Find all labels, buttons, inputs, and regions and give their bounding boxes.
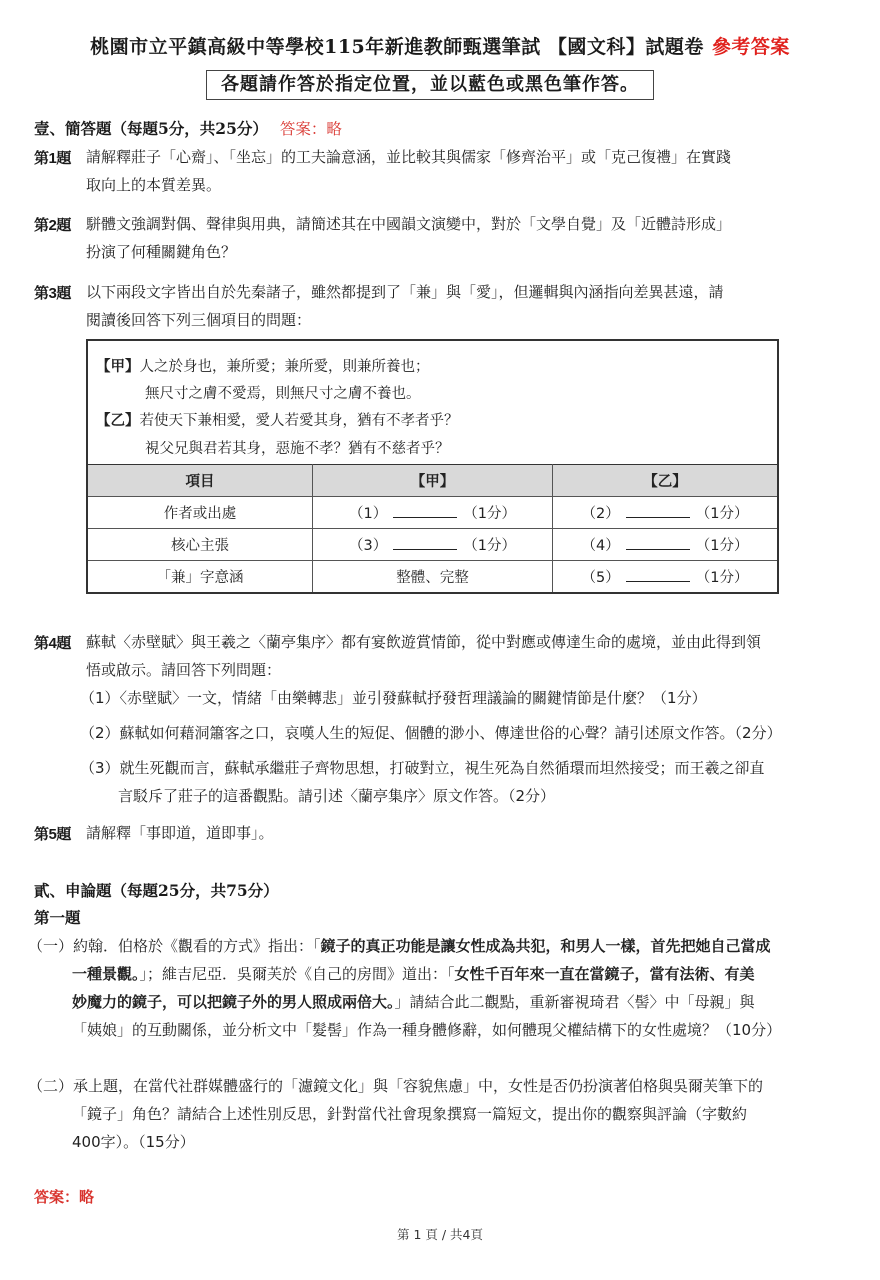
essay-part-1-label: （一） <box>28 937 73 955</box>
passage-jia-line-2: 無尺寸之膚不愛焉，則無尺寸之膚不養也。 <box>145 382 421 403</box>
blank-number: （3） <box>349 538 387 554</box>
given-answer-cell: 整體、完整 <box>313 561 553 594</box>
question-2-label: 第2題 <box>34 214 71 235</box>
essay-part-1-line-2: 一種景觀。」；維吉尼亞．吳爾芙於《自己的房間》道出：「女性千百年來一直在當鏡子，… <box>72 963 755 984</box>
passage-yi-line-2: 視父兄與君若其身，惡施不孝？猶有不慈者乎？ <box>145 437 450 458</box>
blank-points: （1分） <box>463 506 516 522</box>
passage-yi-text-1: 若使天下兼相愛，愛人若愛其身，猶有不孝者乎？ <box>140 413 459 429</box>
essay-part-1-line-4: 「姨娘」的互動關係，並分析文中「髮髻」作為一種身體修辭，如何體現父權結構下的女性… <box>72 1019 781 1040</box>
blank-number: （5） <box>582 570 620 586</box>
blank-points: （1分） <box>463 538 516 554</box>
question-4-sub-2: （2）蘇軾如何藉洞簫客之口，哀嘆人生的短促、個體的渺小、傳達世俗的心聲？請引述原… <box>80 722 782 743</box>
berger-quote: 一種景觀。 <box>72 965 140 983</box>
answer-blank-cell: （2）（1分） <box>553 497 779 529</box>
question-3-line-2: 閱讀後回答下列三個項目的問題： <box>86 309 311 330</box>
blank-number: （4） <box>582 538 620 554</box>
question-1-label: 第1題 <box>34 147 71 168</box>
essay-text: 承上題，在當代社群媒體盛行的「濾鏡文化」與「容貌焦慮」中，女性是否仍扮演著伯格與… <box>73 1077 763 1095</box>
question-4-label: 第4題 <box>34 632 71 653</box>
passage-jia-text-1: 人之於身也，兼所愛；兼所愛，則兼所養也； <box>140 359 430 375</box>
essay-part-2-line-2: 「鏡子」角色？請結合上述性別反思，針對當代社會現象撰寫一篇短文，提出你的觀察與評… <box>72 1103 747 1124</box>
row-item-label: 「兼」字意涵 <box>87 561 313 594</box>
row-item-label: 作者或出處 <box>87 497 313 529</box>
berger-quote: 鏡子的真正功能是讓女性成為共犯，和男人一樣，首先把她自己當成 <box>321 937 771 955</box>
question-4-line-1: 蘇軾〈赤壁賦〉與王羲之〈蘭亭集序〉都有宴飲遊賞情節，從中對應或傳達生命的處境，並… <box>86 631 761 652</box>
section1-title: 壹、簡答題（每題5分，共25分） <box>34 119 268 138</box>
section1-answer-note: 答案：略 <box>280 120 342 138</box>
question-5-label: 第5題 <box>34 823 71 844</box>
answer-blank-4 <box>626 537 690 550</box>
section2-sub-heading: 第一題 <box>34 906 81 928</box>
reference-answer-tag: 參考答案 <box>712 36 790 58</box>
answer-blank-3 <box>393 537 457 550</box>
table-row: 核心主張 （3）（1分） （4）（1分） <box>87 529 778 561</box>
question-3-line-1: 以下兩段文字皆出自於先秦諸子，雖然都提到了「兼」與「愛」，但邏輯與內涵指向差異甚… <box>86 281 724 302</box>
question-4-sub-3-line-1: （3）就生死觀而言，蘇軾承繼莊子齊物思想，打破對立，視生死為自然循環而坦然接受；… <box>80 757 765 778</box>
question-2-line-2: 扮演了何種關鍵角色？ <box>86 241 236 262</box>
answer-blank-5 <box>626 569 690 582</box>
essay-part-2-line-3: 400字）。（15分） <box>72 1131 195 1152</box>
passage-jia-line-1: 【甲】人之於身也，兼所愛；兼所愛，則兼所養也； <box>96 355 430 376</box>
section1-heading: 壹、簡答題（每題5分，共25分）答案：略 <box>34 117 342 139</box>
essay-text: 」請結合此二觀點，重新審視琦君〈髻〉中「母親」與 <box>395 993 755 1011</box>
question-2-line-1: 駢體文強調對偶、聲律與用典，請簡述其在中國韻文演變中，對於「文學自覺」及「近體詩… <box>86 213 731 234</box>
essay-part-1-line-1: （一）約翰．伯格於《觀看的方式》指出：「鏡子的真正功能是讓女性成為共犯，和男人一… <box>28 935 771 956</box>
essay-part-1-line-3: 妙魔力的鏡子，可以把鏡子外的男人照成兩倍大。」請結合此二觀點，重新審視琦君〈髻〉… <box>72 991 755 1012</box>
essay-text: 」；維吉尼亞．吳爾芙於《自己的房間》道出：「 <box>140 965 455 983</box>
header-item: 項目 <box>87 465 313 497</box>
answer-blank-1 <box>393 505 457 518</box>
woolf-quote: 女性千百年來一直在當鏡子，當有法術、有美 <box>455 965 755 983</box>
header-yi: 【乙】 <box>553 465 779 497</box>
question-5-line-1: 請解釋「事即道，道即事」。 <box>86 822 274 843</box>
question-3-label: 第3題 <box>34 282 71 303</box>
woolf-quote: 妙魔力的鏡子，可以把鏡子外的男人照成兩倍大。 <box>72 993 395 1011</box>
section2-answer-note: 答案：略 <box>34 1186 94 1207</box>
page-indicator: 第 1 頁 / 共4頁 <box>0 1225 880 1243</box>
passage-yi-tag: 【乙】 <box>96 412 140 429</box>
question-4-line-2: 悟或啟示。請回答下列問題： <box>86 659 281 680</box>
header-jia: 【甲】 <box>313 465 553 497</box>
title-text: 桃園市立平鎮高級中等學校115年新進教師甄選筆試 【國文科】試題卷 <box>90 36 704 58</box>
answer-blank-cell: （4）（1分） <box>553 529 779 561</box>
table-row: 「兼」字意涵 整體、完整 （5）（1分） <box>87 561 778 594</box>
blank-number: （1） <box>349 506 387 522</box>
document-title: 桃園市立平鎮高級中等學校115年新進教師甄選筆試 【國文科】試題卷參考答案 <box>0 32 880 59</box>
row-item-label: 核心主張 <box>87 529 313 561</box>
essay-part-2-line-1: （二）承上題，在當代社群媒體盛行的「濾鏡文化」與「容貌焦慮」中，女性是否仍扮演著… <box>28 1075 763 1096</box>
instruction-notice-box: 各題請作答於指定位置，並以藍色或黑色筆作答。 <box>206 70 654 100</box>
essay-text: 約翰．伯格於《觀看的方式》指出：「 <box>73 937 321 955</box>
instruction-notice-text: 各題請作答於指定位置，並以藍色或黑色筆作答。 <box>221 74 639 95</box>
blank-points: （1分） <box>696 570 749 586</box>
question-1-line-2: 取向上的本質差異。 <box>86 174 221 195</box>
essay-part-2-label: （二） <box>28 1077 73 1095</box>
passage-yi-line-1: 【乙】若使天下兼相愛，愛人若愛其身，猶有不孝者乎？ <box>96 409 459 430</box>
answer-blank-cell: （5）（1分） <box>553 561 779 594</box>
blank-points: （1分） <box>696 538 749 554</box>
question-3-table: 項目 【甲】 【乙】 作者或出處 （1）（1分） （2）（1分） 核心主張 （3… <box>86 464 779 594</box>
passage-jia-tag: 【甲】 <box>96 358 140 375</box>
answer-blank-cell: （3）（1分） <box>313 529 553 561</box>
question-4-sub-1: （1）〈赤壁賦〉一文，情緒「由樂轉悲」並引發蘇軾抒發哲理議論的關鍵情節是什麼？（… <box>80 687 707 708</box>
section2-heading: 貳、申論題（每題25分，共75分） <box>34 879 279 901</box>
blank-points: （1分） <box>696 506 749 522</box>
question-1-line-1: 請解釋莊子「心齋」、「坐忘」的工夫論意涵，並比較其與儒家「修齊治平」或「克己復禮… <box>86 146 731 167</box>
table-header-row: 項目 【甲】 【乙】 <box>87 465 778 497</box>
answer-blank-2 <box>626 505 690 518</box>
question-4-sub-3-line-2: 言駁斥了莊子的這番觀點。請引述〈蘭亭集序〉原文作答。（2分） <box>118 785 555 806</box>
answer-blank-cell: （1）（1分） <box>313 497 553 529</box>
blank-number: （2） <box>582 506 620 522</box>
table-row: 作者或出處 （1）（1分） （2）（1分） <box>87 497 778 529</box>
